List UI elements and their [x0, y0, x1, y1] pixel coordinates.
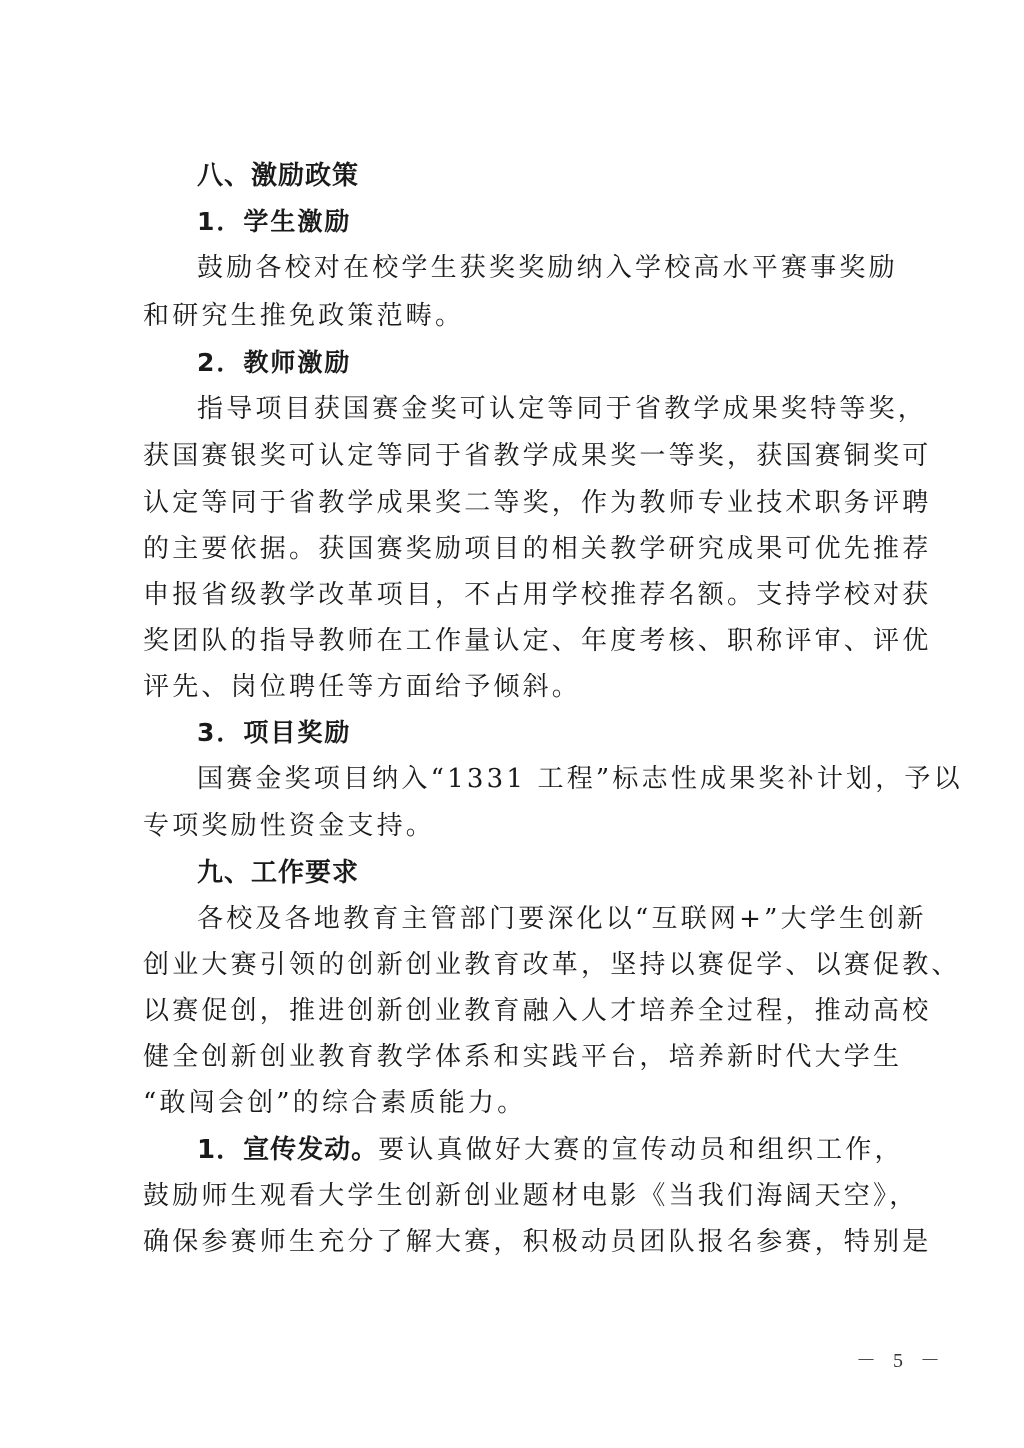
paragraph-line: 以赛促创，推进创新创业教育融入人才培养全过程，推动高校 [143, 988, 905, 1034]
paragraph-line: 指导项目获国赛金奖可认定等同于省教学成果奖特等奖， [197, 386, 905, 432]
paragraph-line: 鼓励各校对在校学生获奖奖励纳入学校高水平赛事奖励 [197, 245, 905, 291]
subsection-title-project-award: 3．项目奖励 [197, 710, 959, 756]
paragraph-line: 专项奖励性资金支持。 [143, 803, 905, 849]
page-number: － 5 － [856, 1344, 946, 1373]
subsection-title-student-incentive: 1．学生激励 [197, 199, 959, 245]
paragraph-line: 健全创新创业教育教学体系和实践平台，培养新时代大学生 [143, 1034, 905, 1080]
paragraph-line: 奖团队的指导教师在工作量认定、年度考核、职称评审、评优 [143, 618, 905, 664]
paragraph-line: 的主要依据。获国赛奖励项目的相关教学研究成果可优先推荐 [143, 526, 905, 572]
paragraph-line: 国赛金奖项目纳入“1331 工程”标志性成果奖补计划，予以 [197, 756, 905, 802]
section-heading-9: 九、工作要求 [197, 850, 959, 896]
item-publicity-first-line: 1．宣传发动。要认真做好大赛的宣传动员和组织工作， [197, 1127, 905, 1173]
paragraph-line: 申报省级教学改革项目，不占用学校推荐名额。支持学校对获 [143, 572, 905, 618]
paragraph-line: 评先、岗位聘任等方面给予倾斜。 [143, 664, 905, 710]
paragraph-line: 确保参赛师生充分了解大赛，积极动员团队报名参赛，特别是 [143, 1219, 905, 1265]
paragraph-line: 各校及各地教育主管部门要深化以“互联网+”大学生创新 [197, 896, 905, 942]
document-page: 八、激励政策 1．学生激励 鼓励各校对在校学生获奖奖励纳入学校高水平赛事奖励 和… [0, 0, 1024, 1448]
paragraph-line: 创业大赛引领的创新创业教育改革，坚持以赛促学、以赛促教、 [143, 942, 905, 988]
paragraph-line: 认定等同于省教学成果奖二等奖，作为教师专业技术职务评聘 [143, 480, 905, 526]
item-lead-publicity: 1．宣传发动。 [197, 1135, 378, 1165]
subsection-title-teacher-incentive: 2．教师激励 [197, 340, 959, 386]
item-text: 要认真做好大赛的宣传动员和组织工作， [378, 1135, 904, 1165]
paragraph-line: 和研究生推免政策范畴。 [143, 293, 905, 339]
paragraph-line: “敢闯会创”的综合素质能力。 [143, 1080, 905, 1126]
section-heading-8: 八、激励政策 [197, 153, 959, 199]
paragraph-line: 获国赛银奖可认定等同于省教学成果奖一等奖，获国赛铜奖可 [143, 433, 905, 479]
paragraph-line: 鼓励师生观看大学生创新创业题材电影《当我们海阔天空》， [143, 1173, 905, 1219]
